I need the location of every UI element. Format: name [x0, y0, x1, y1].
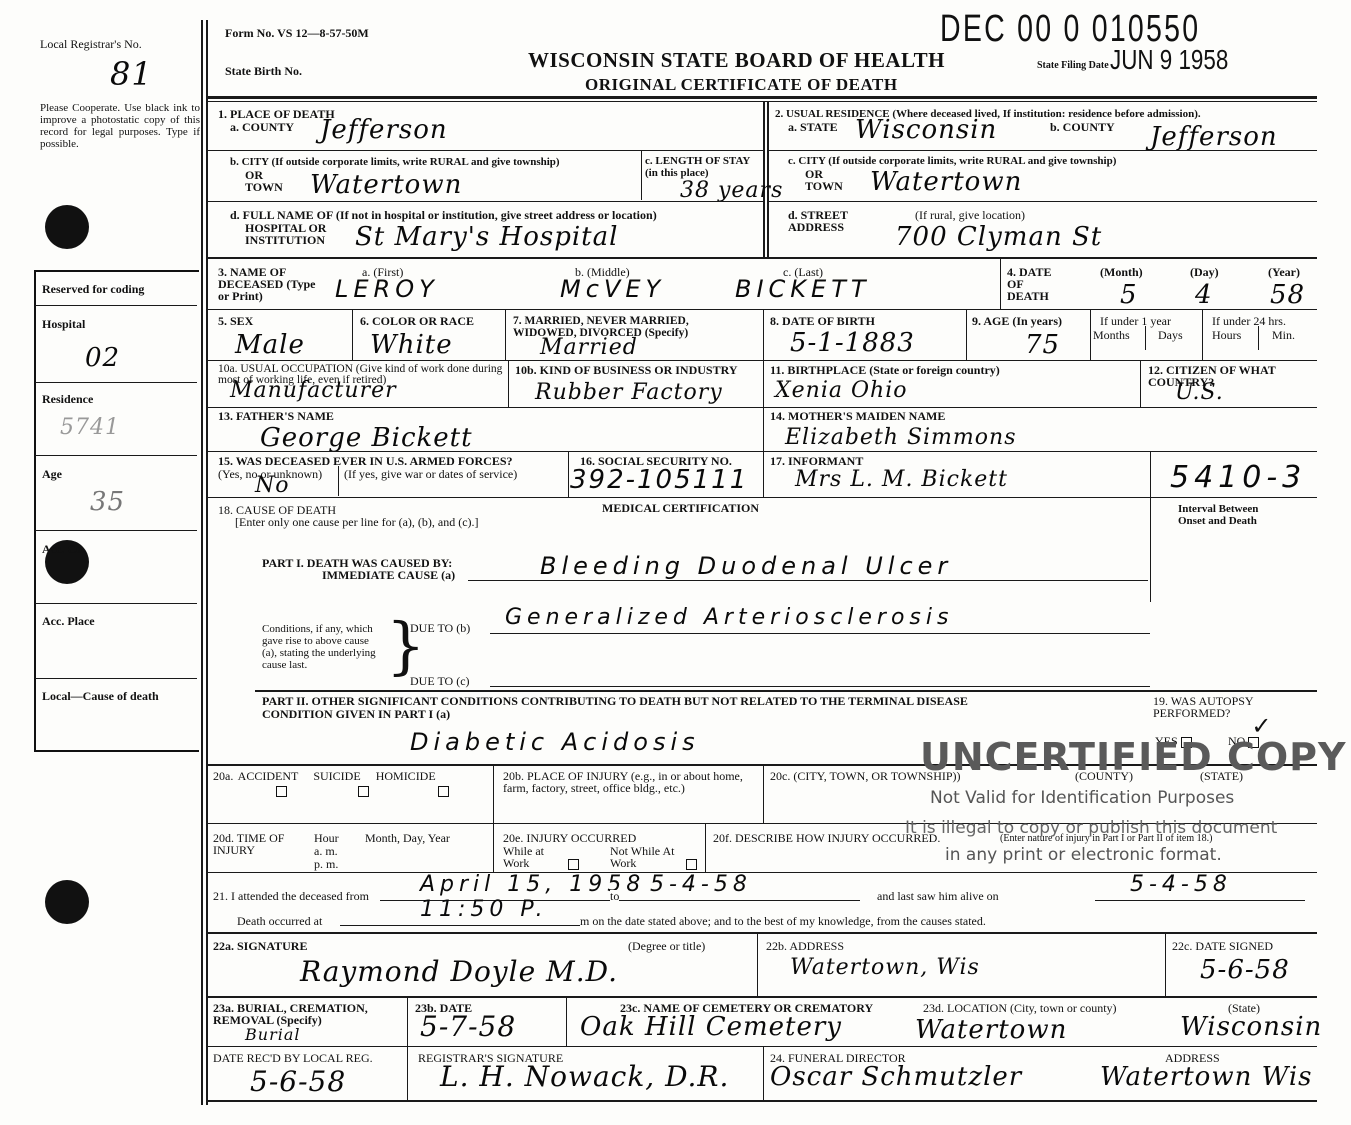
not-at-work-checkbox[interactable]	[686, 859, 697, 870]
occupation-value: Manufacturer	[230, 378, 397, 403]
local-registrar-number: 81	[110, 55, 153, 93]
instructions-text: Please Cooperate. Use black ink to impro…	[40, 102, 200, 150]
coding-hospital-label: Hospital	[42, 318, 85, 330]
first-name-value: LEROY	[335, 275, 439, 303]
death-year-value: 58	[1270, 280, 1305, 310]
accident-checkbox[interactable]	[276, 786, 287, 797]
street-address-value: 700 Clyman St	[895, 222, 1102, 252]
name-of-deceased-label: 3. NAME OF DECEASED (Type or Print)	[218, 266, 318, 302]
cause-hint: [Enter only one cause per line for (a), …	[235, 516, 479, 528]
date-signed-value: 5-6-58	[1200, 955, 1290, 985]
burial-location-label: 23d. LOCATION (City, town or county)	[923, 1002, 1117, 1014]
due-to-b-label: DUE TO (b)	[410, 622, 470, 634]
day-label: (Day)	[1190, 266, 1219, 278]
attended-to-value: 5-4-58	[650, 872, 752, 897]
residence-state-value: Wisconsin	[855, 115, 997, 145]
residence-city-label: c. CITY (If outside corporate limits, wr…	[788, 155, 1116, 167]
homicide-checkbox[interactable]	[438, 786, 449, 797]
to-label: to	[610, 890, 619, 902]
date-of-birth-label: 8. DATE OF BIRTH	[770, 315, 875, 327]
date-of-death-label: 4. DATE OF DEATH	[1007, 266, 1067, 302]
race-value: White	[370, 330, 453, 360]
months-label: Months	[1093, 329, 1130, 341]
coding-local-cause-label: Local—Cause of death	[42, 690, 159, 702]
state-birth-no-label: State Birth No.	[225, 65, 302, 77]
residence-county-label: b. COUNTY	[1050, 121, 1115, 133]
sex-label: 5. SEX	[218, 315, 253, 327]
ssn-value: 392-105111	[570, 465, 748, 495]
binder-hole	[45, 880, 89, 924]
race-label: 6. COLOR OR RACE	[360, 315, 474, 327]
armed-forces-sub2: (If yes, give war or dates of service)	[344, 468, 517, 480]
time-of-injury-label: 20d. TIME OF INJURY	[213, 832, 298, 856]
days-label: Days	[1158, 329, 1183, 341]
mother-name-value: Elizabeth Simmons	[785, 425, 1016, 450]
death-occurred-tail: m on the date stated above; and to the b…	[580, 915, 986, 927]
street-hint: (If rural, give location)	[915, 209, 1025, 221]
under-24h-label: If under 24 hrs.	[1212, 315, 1286, 327]
hour-label: Hour	[314, 832, 339, 844]
armed-forces-label: 15. WAS DECEASED EVER IN U.S. ARMED FORC…	[218, 455, 513, 467]
county-label: a. COUNTY	[230, 121, 294, 133]
burial-value: Burial	[245, 1025, 300, 1044]
last-saw-label: and last saw him alive on	[877, 890, 999, 902]
city-label: b. CITY (If outside corporate limits, wr…	[230, 156, 560, 168]
or-town-label: OR TOWN	[805, 168, 843, 192]
suicide-checkbox[interactable]	[358, 786, 369, 797]
informant-value: Mrs L. M. Bickett	[795, 467, 1008, 492]
death-time-value: 11:50 P.	[420, 897, 548, 922]
armed-forces-value: No	[255, 473, 290, 498]
informant-label: 17. INFORMANT	[770, 455, 863, 467]
father-name-value: George Bickett	[260, 423, 473, 453]
death-city-value: Watertown	[310, 170, 462, 200]
birthplace-label: 11. BIRTHPLACE (State or foreign country…	[770, 364, 1000, 376]
middle-name-value: McVEY	[560, 275, 665, 303]
autopsy-label: 19. WAS AUTOPSY PERFORMED?	[1153, 695, 1303, 719]
immediate-cause-value: Bleeding Duodenal Ulcer	[540, 552, 952, 580]
coding-age-value: 35	[90, 487, 125, 517]
registrar-signature: L. H. Nowack, D.R.	[440, 1060, 729, 1093]
coding-age-label: Age	[42, 468, 62, 480]
watermark-line-4: in any print or electronic format.	[945, 845, 1222, 865]
while-at-work-label: While at Work	[503, 845, 553, 869]
conditions-hint: Conditions, if any, which gave rise to a…	[262, 623, 382, 671]
date-received-value: 5-6-58	[250, 1065, 346, 1098]
not-at-work-label: Not While At Work	[610, 845, 690, 869]
coding-hospital-value: 02	[85, 343, 120, 373]
business-label: 10b. KIND OF BUSINESS OR INDUSTRY	[515, 364, 755, 376]
hospital-name-label: d. FULL NAME OF (If not in hospital or i…	[230, 209, 657, 221]
hospital-sub-label: HOSPITAL OR INSTITUTION	[245, 222, 345, 246]
coding-residence-label: Residence	[42, 393, 93, 405]
informant-code: 5410-3	[1170, 460, 1306, 495]
cemetery-value: Oak Hill Cemetery	[580, 1012, 842, 1042]
date-of-birth-value: 5-1-1883	[790, 328, 915, 358]
minutes-label: Min.	[1272, 329, 1295, 341]
residence-county-value: Jefferson	[1150, 122, 1278, 152]
part2-sub: CONDITION GIVEN IN PART I (a)	[262, 708, 450, 720]
part2-label: PART II. OTHER SIGNIFICANT CONDITIONS CO…	[262, 695, 968, 707]
certifier-address-label: 22b. ADDRESS	[766, 940, 844, 952]
funeral-director-value: Oscar Schmutzler	[770, 1062, 1022, 1092]
under-year-label: If under 1 year	[1100, 315, 1171, 327]
signature-label: 22a. SIGNATURE	[213, 940, 307, 952]
degree-label: (Degree or title)	[628, 940, 705, 952]
age-value: 75	[1025, 330, 1060, 360]
certificate-authority: WISCONSIN STATE BOARD OF HEALTH	[528, 48, 945, 73]
sex-value: Male	[235, 330, 305, 360]
residence-state-label: a. STATE	[788, 121, 838, 133]
death-month-value: 5	[1120, 280, 1138, 310]
form-number: Form No. VS 12—8-57-50M	[225, 27, 369, 39]
burial-location-value: Watertown	[915, 1015, 1067, 1045]
date-received-label: DATE REC'D BY LOCAL REG.	[213, 1052, 373, 1064]
interval-label: Interval Between Onset and Death	[1178, 503, 1288, 527]
burial-state-value: Wisconsin	[1180, 1012, 1322, 1042]
burial-label: 23a. BURIAL, CREMATION, REMOVAL (Specify…	[213, 1002, 373, 1026]
coding-acc-place-label: Acc. Place	[42, 615, 95, 627]
mother-name-label: 14. MOTHER'S MAIDEN NAME	[770, 410, 945, 422]
last-name-value: BICKETT	[735, 275, 871, 303]
citizenship-value: U.S.	[1175, 380, 1224, 405]
uncertified-copy-stamp: UNCERTIFIED COPY	[920, 735, 1347, 779]
hospital-name-value: St Mary's Hospital	[355, 222, 618, 252]
length-of-stay-value: 38 years	[680, 178, 783, 203]
month-label: (Month)	[1100, 266, 1143, 278]
funeral-address-value: Watertown Wis	[1100, 1062, 1313, 1092]
local-registrar-label: Local Registrar's No.	[40, 38, 142, 50]
part2-value: Diabetic Acidosis	[410, 728, 700, 756]
medical-certification-title: MEDICAL CERTIFICATION	[602, 502, 759, 514]
due-to-b-value: Generalized Arteriosclerosis	[505, 605, 953, 630]
manner-labels: 20a. ACCIDENT SUICIDE HOMICIDE	[213, 770, 436, 782]
coding-header: Reserved for coding	[42, 283, 144, 295]
due-to-c-label: DUE TO (c)	[410, 675, 470, 687]
coding-residence-value: 5741	[60, 415, 120, 440]
last-saw-value: 5-4-58	[1130, 872, 1232, 897]
watermark-line-2: Not Valid for Identification Purposes	[930, 788, 1234, 808]
citizenship-label: 12. CITIZEN OF WHAT COUNTRY?	[1148, 364, 1308, 388]
pm-label: p. m.	[314, 858, 338, 870]
state-filing-date: JUN 9 1958	[1110, 44, 1228, 76]
date-signed-label: 22c. DATE SIGNED	[1172, 940, 1273, 952]
street-address-label: d. STREET ADDRESS	[788, 209, 868, 233]
mdy-label: Month, Day, Year	[365, 832, 450, 844]
state-filing-date-label: State Filing Date	[1037, 60, 1109, 72]
hours-label: Hours	[1212, 329, 1241, 341]
business-value: Rubber Factory	[535, 380, 723, 405]
father-name-label: 13. FATHER'S NAME	[218, 410, 334, 422]
certifier-address-value: Watertown, Wis	[790, 955, 980, 980]
injury-occurred-label: 20e. INJURY OCCURRED	[503, 832, 636, 844]
attended-label: 21. I attended the deceased from	[213, 890, 369, 902]
coding-acc-co-label: Acc. Co.	[42, 543, 85, 555]
certificate-title: ORIGINAL CERTIFICATE OF DEATH	[585, 75, 898, 95]
physician-signature: Raymond Doyle M.D.	[300, 955, 618, 988]
length-of-stay-label: c. LENGTH OF STAY (in this place)	[645, 155, 760, 179]
while-at-work-checkbox[interactable]	[568, 859, 579, 870]
year-label: (Year)	[1268, 266, 1300, 278]
place-of-death-label: 1. PLACE OF DEATH	[218, 108, 335, 120]
binder-hole	[45, 205, 89, 249]
death-occurred-label: Death occurred at	[237, 915, 322, 927]
burial-date-value: 5-7-58	[420, 1010, 516, 1043]
birthplace-value: Xenia Ohio	[775, 378, 907, 403]
place-of-injury-label: 20b. PLACE OF INJURY (e.g., in or about …	[503, 770, 768, 794]
immediate-cause-label: IMMEDIATE CAUSE (a)	[322, 569, 455, 581]
am-label: a. m.	[314, 845, 338, 857]
residence-city-value: Watertown	[870, 167, 1022, 197]
or-town-label: OR TOWN	[245, 169, 283, 193]
watermark-line-3: It is illegal to copy or publish this do…	[905, 818, 1277, 838]
death-county-value: Jefferson	[320, 115, 448, 145]
death-day-value: 4	[1195, 280, 1213, 310]
age-label: 9. AGE (In years)	[972, 315, 1062, 327]
marital-status-value: Married	[540, 335, 638, 360]
